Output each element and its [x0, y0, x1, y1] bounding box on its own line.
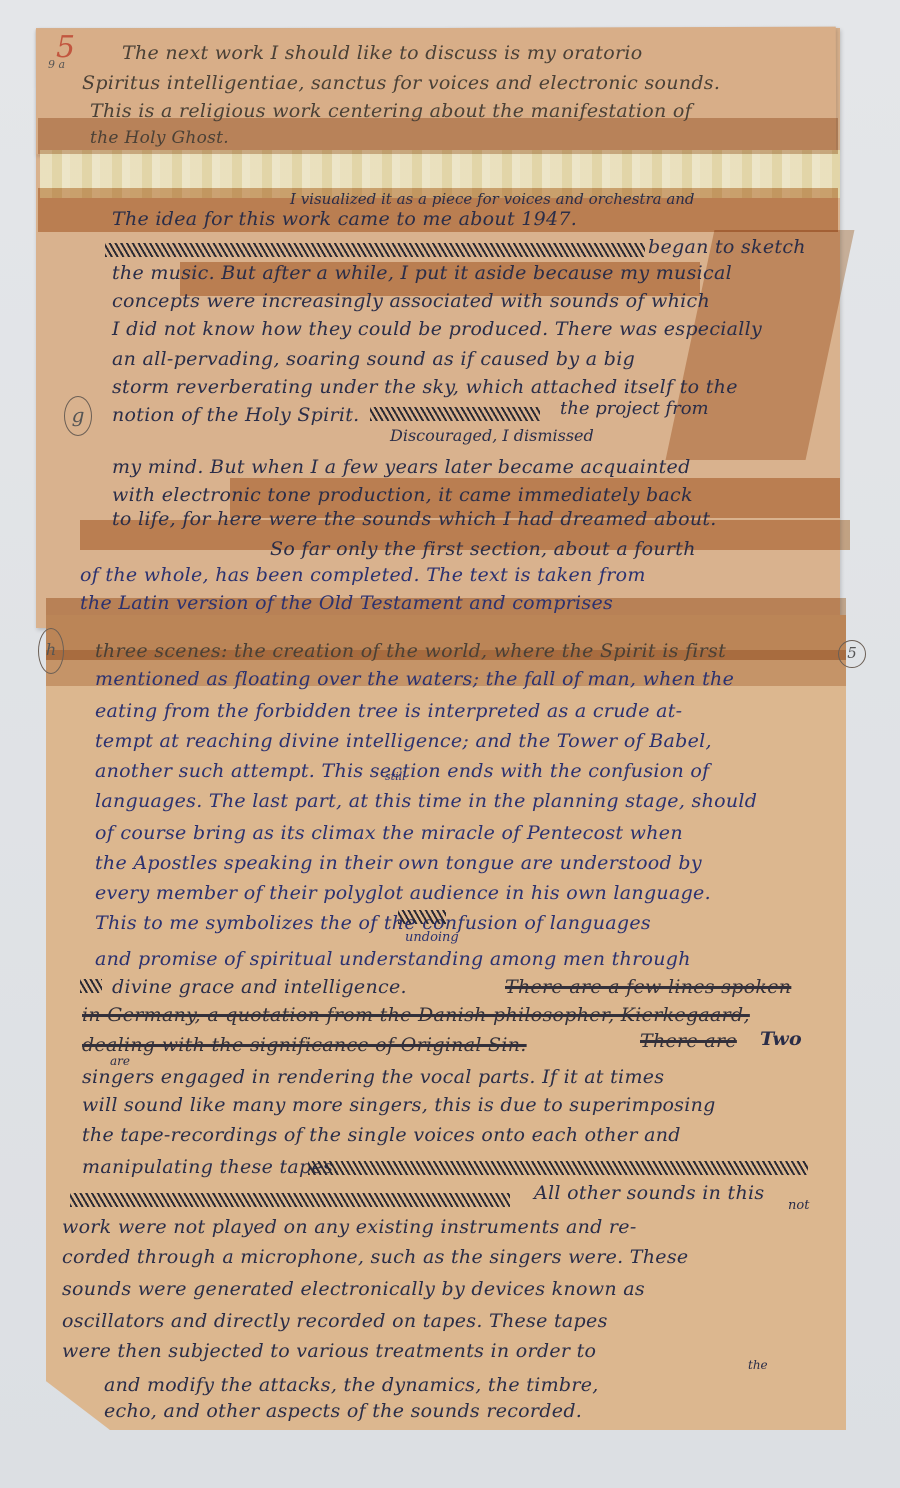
text-line: and modify the attacks, the dynamics, th…	[104, 1374, 599, 1396]
text-line: storm reverberating under the sky, which…	[112, 376, 738, 398]
insertion-text: the project from	[560, 398, 709, 419]
text-line: tempt at reaching divine intelligence; a…	[95, 730, 712, 752]
struck-fragment	[308, 1156, 808, 1178]
struck-fragment	[398, 905, 446, 927]
insertion-text: still	[385, 770, 406, 783]
insertion-text: I visualized it as a piece for voices an…	[290, 190, 695, 208]
text-line: So far only the first section, about a f…	[270, 538, 696, 560]
text-line: eating from the forbidden tree is interp…	[95, 700, 682, 722]
text-line: sounds were generated electronically by …	[62, 1278, 645, 1300]
text-line: the tape-recordings of the single voices…	[82, 1124, 681, 1146]
struck-text: There are a few lines spoken	[505, 976, 791, 998]
scribble-strikeout	[398, 910, 446, 924]
text-line: The next work I should like to discuss i…	[122, 42, 642, 64]
scribble-strikeout	[105, 243, 645, 257]
scribble-strikeout	[80, 979, 102, 993]
text-line: will sound like many more singers, this …	[82, 1094, 716, 1116]
text-line: singers engaged in rendering the vocal p…	[82, 1066, 664, 1088]
text-line: to life, for here were the sounds which …	[112, 508, 717, 530]
insertion-text: not	[788, 1198, 809, 1213]
margin-note-small: 9 a	[48, 58, 65, 71]
text-line: work were not played on any existing ins…	[62, 1216, 637, 1238]
struck-line	[105, 238, 645, 260]
margin-circle-g: g	[64, 396, 92, 436]
text-line: of course bring as its climax the miracl…	[95, 822, 683, 844]
text-line: the Holy Ghost.	[90, 128, 229, 148]
text-line: with electronic tone production, it came…	[112, 484, 693, 506]
text-line: an all-pervading, soaring sound as if ca…	[112, 348, 635, 370]
text-line: corded through a microphone, such as the…	[62, 1246, 688, 1268]
text-line: echo, and other aspects of the sounds re…	[104, 1400, 582, 1422]
margin-circle-h: h	[38, 628, 64, 674]
text-line: of the whole, has been completed. The te…	[80, 564, 646, 586]
text-line: Spiritus intelligentiae, sanctus for voi…	[82, 72, 720, 94]
text-line: divine grace and intelligence.	[112, 976, 407, 998]
scribble-strikeout	[308, 1161, 808, 1175]
text-line: concepts were increasingly associated wi…	[112, 290, 710, 312]
struck-fragment	[370, 402, 540, 424]
text-line: every member of their polyglot audience …	[95, 882, 711, 904]
text-line: were then subjected to various treatment…	[62, 1340, 596, 1362]
scribble-strikeout	[70, 1193, 510, 1207]
text-line: This is a religious work centering about…	[90, 100, 692, 122]
insertion-text: the	[748, 1358, 768, 1372]
struck-text: dealing with the significance of Origina…	[82, 1034, 527, 1056]
struck-text: There are	[640, 1030, 737, 1052]
insertion-text: undoing	[405, 930, 459, 945]
text-line: This to me symbolizes the of the confusi…	[95, 912, 651, 934]
insertion-text: Discouraged, I dismissed	[390, 426, 594, 445]
struck-fragment	[80, 974, 102, 996]
text-line: mentioned as floating over the waters; t…	[95, 668, 734, 690]
text-line: three scenes: the creation of the world,…	[95, 640, 726, 662]
text-line: notion of the Holy Spirit.	[112, 404, 360, 426]
text-line: the Apostles speaking in their own tongu…	[95, 852, 702, 874]
scribble-strikeout	[370, 407, 540, 421]
text-line: began to sketch	[648, 236, 806, 258]
text-line: All other sounds in this	[534, 1182, 764, 1204]
text-line: I did not know how they could be produce…	[112, 318, 762, 340]
text-word: Two	[760, 1028, 802, 1050]
struck-text: in Germany, a quotation from the Danish …	[82, 1004, 750, 1026]
text-line: The idea for this work came to me about …	[112, 208, 577, 230]
text-line: the Latin version of the Old Testament a…	[80, 592, 613, 614]
text-line: my mind. But when I a few years later be…	[112, 456, 691, 478]
text-line: and promise of spiritual understanding a…	[95, 948, 691, 970]
text-line: the music. But after a while, I put it a…	[112, 262, 732, 284]
struck-fragment	[70, 1188, 510, 1210]
text-line: manipulating these tapes.	[82, 1156, 339, 1178]
text-line: languages. The last part, at this time i…	[95, 790, 757, 812]
margin-circle-5: 5	[838, 640, 866, 668]
text-line: oscillators and directly recorded on tap…	[62, 1310, 608, 1332]
